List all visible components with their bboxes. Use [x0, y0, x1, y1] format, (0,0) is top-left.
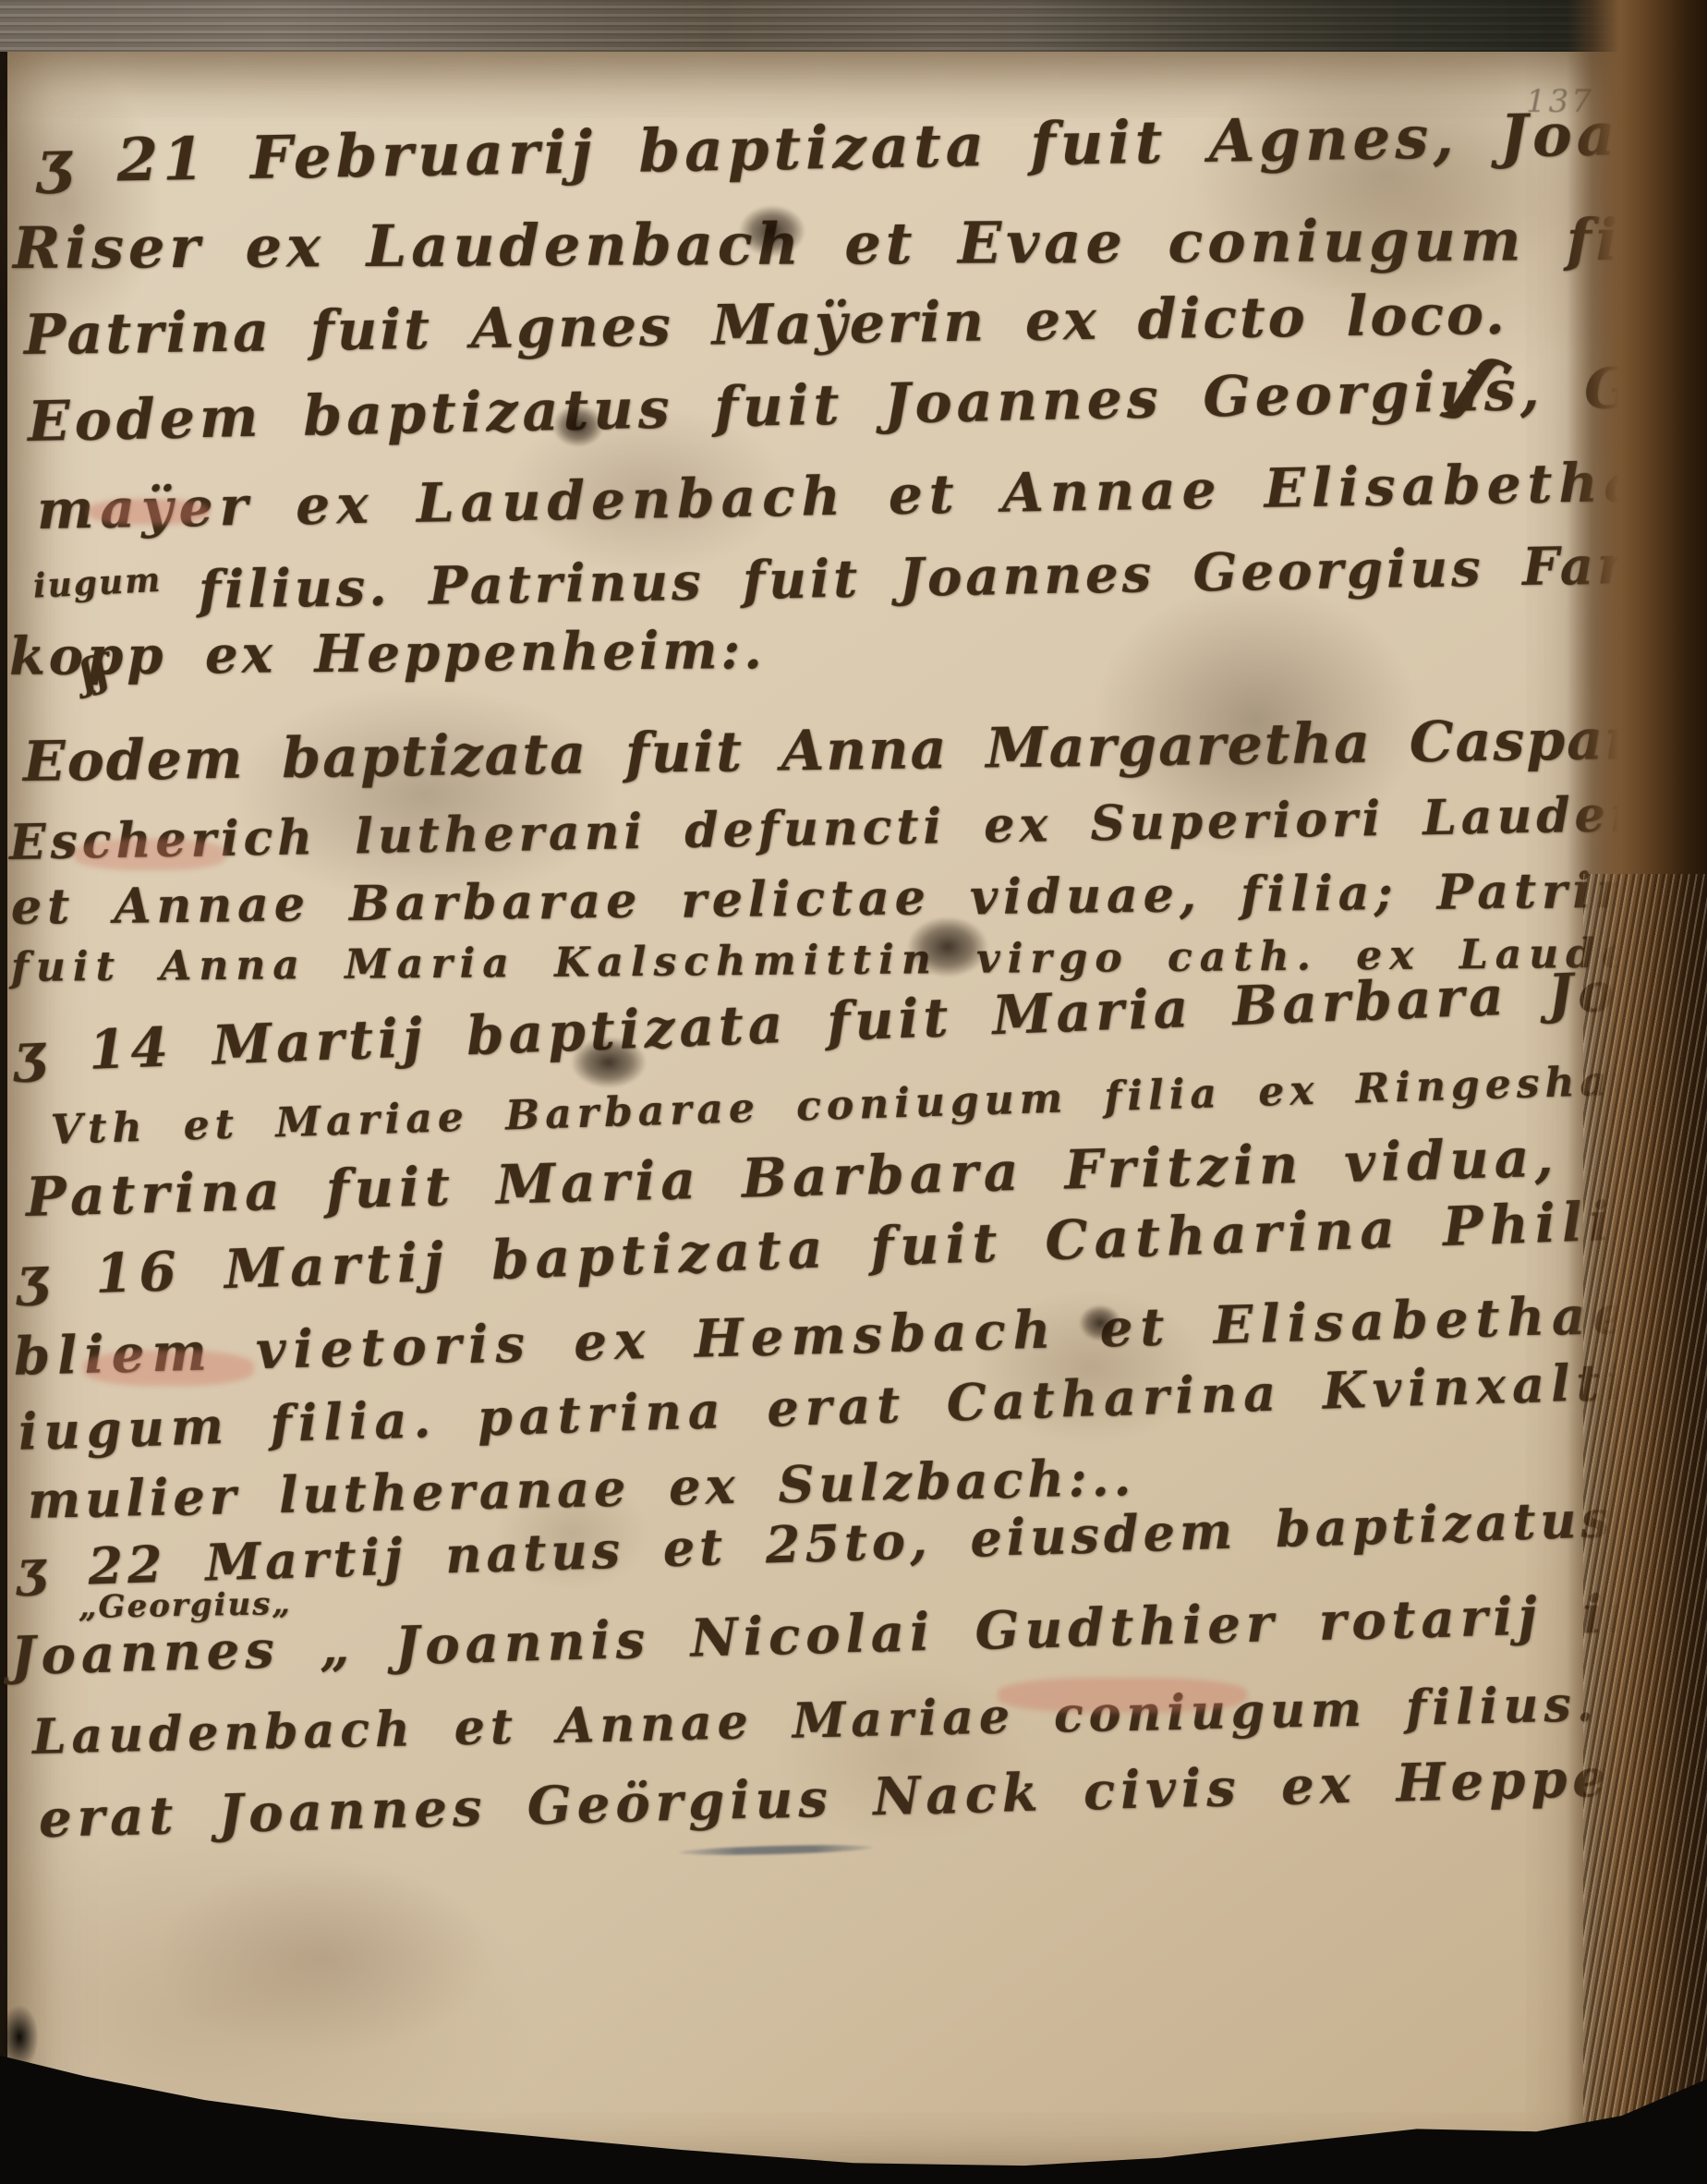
manuscript-line-1: ʒ 21 Februarij baptizata fuit Agnes, Joa… — [36, 97, 1707, 197]
red-smear-1 — [89, 499, 209, 525]
manuscript-line-5: Eodem baptizatus fuit Joannes Georgius, … — [27, 352, 1707, 455]
manuscript-line-2: Riser ex Laudenbach et Evae coniugum fil… — [13, 205, 1707, 282]
red-smear-4 — [998, 1678, 1247, 1713]
manuscript-line-8: filius. Patrinus fuit Joannes Georgius F… — [198, 532, 1707, 621]
page-corner-shadow — [0, 2005, 39, 2069]
manuscript-line-9: kopp ex Heppenheim:. — [9, 620, 766, 687]
manuscript-line-7: iugum — [32, 561, 163, 606]
red-smear-3 — [83, 1351, 254, 1386]
book-binding-edge — [1567, 0, 1707, 2184]
wood-table-edge — [0, 0, 1707, 52]
manuscript-photo: 137 ʒ 21 Februarij baptizata fuit Agnes,… — [0, 0, 1707, 2184]
manuscript-lines: ʒ 21 Februarij baptizata fuit Agnes, Joa… — [0, 0, 1707, 2184]
manuscript-line-3: Patrina fuit Agnes Maÿerin ex dicto loco… — [24, 283, 1508, 368]
red-smear-2 — [74, 839, 226, 870]
manuscript-line-6: maÿer ex Laudenbach et Annae Elisabethae… — [36, 446, 1707, 541]
manuscript-line-12: Escherich lutherani defuncti ex Superior… — [8, 783, 1707, 871]
manuscript-line-13: et Annae Barbarae relictae viduae, filia… — [11, 862, 1674, 936]
manuscript-line-11: Eodem baptizata fuit Anna Margaretha Cas… — [23, 707, 1659, 795]
